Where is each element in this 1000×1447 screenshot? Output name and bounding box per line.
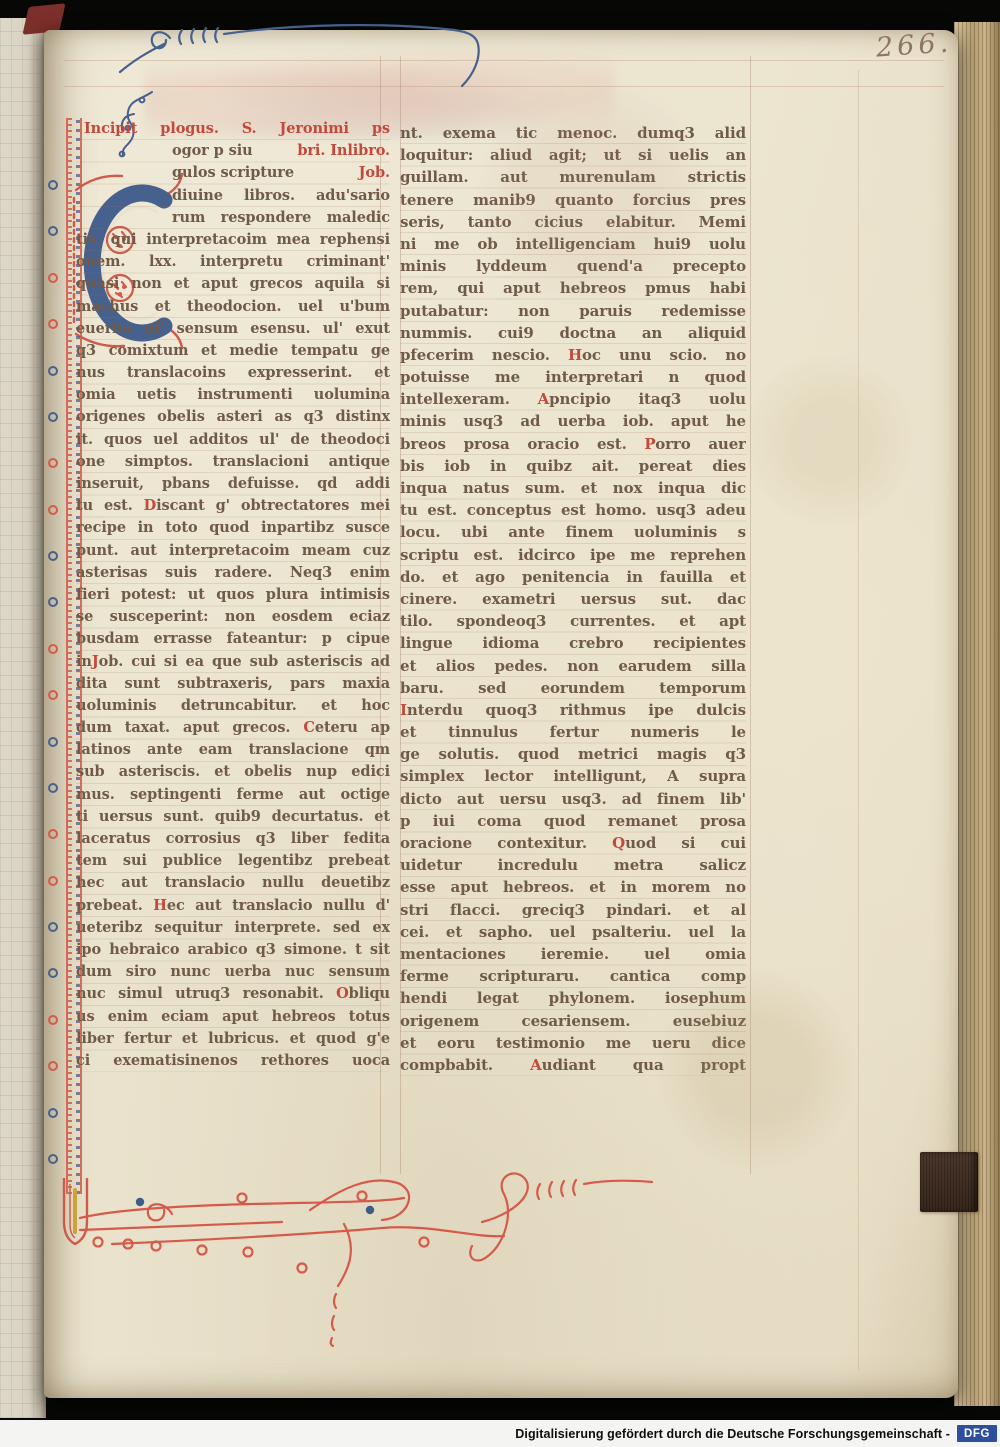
manuscript-text-line: mentaciones ieremie. uel omia [400,943,746,965]
manuscript-text-line: latinos ante eam translacione qm [76,739,390,761]
margin-dot [48,1015,58,1025]
manuscript-text-line: laceratus corrosius q3 liber fedita [76,828,390,850]
manuscript-text-line: one simptos. translacioni antique [76,451,390,473]
manuscript-text-line: recipe in toto quod inpartibz susce [76,517,390,539]
manuscript-text-line: origenem cesariensem. eusebiuz [400,1010,746,1032]
manuscript-text-line: potuisse me interpretari n quod [400,366,746,388]
manuscript-text-line: tis. qui interpretacoim mea rephensi [76,229,390,251]
manuscript-text-line: uoluminis detruncabitur. et hoc [76,695,390,717]
margin-dot [48,412,58,422]
manuscript-text-line: busdam errasse fateantur: p cipue [76,628,390,650]
manuscript-text-line: machus et theodocion. uel u'bum [76,296,390,318]
manuscript-text-line: dicto aut uersu usq3. ad finem lib' [400,788,746,810]
manuscript-text-line: ueteribz sequitur interprete. sed ex [76,917,390,939]
margin-dot [48,319,58,329]
margin-dot [48,1108,58,1118]
manuscript-text-line: do. et ago penitencia in fauilla et [400,566,746,588]
manuscript-text-line: inseruit, pbans defuisse. qd addi [76,473,390,495]
manuscript-text-line: nus translacoins expresserint. et [76,362,390,384]
manuscript-text-line: ni me ob intelligenciam hui9 uolu [400,233,746,255]
manuscript-text-line: inJob. cui si ea que sub asteriscis ad [76,651,390,673]
manuscript-text-line: p iui coma quod remanet prosa [400,810,746,832]
margin-dot [48,180,58,190]
manuscript-text-line: oracione contexitur. Quod si cui [400,832,746,854]
manuscript-text-line: fieri potest: ut quos plura intimisis [76,584,390,606]
margin-dot [48,551,58,561]
digitization-credit-bar: Digitalisierung gefördert durch die Deut… [0,1420,1000,1447]
margin-dot [48,226,58,236]
manuscript-text-line: simplex lector intelligunt, A supra [400,765,746,787]
margin-dot-decorations [47,180,59,1164]
dfg-logo: DFG [957,1425,997,1442]
manuscript-text-line: nt. exema tic menoc. dumq3 alid [400,122,746,144]
margin-dot [48,597,58,607]
manuscript-text-line: quasi non et aput grecos aquila si [76,273,390,295]
manuscript-text-line: locu. ubi ante finem uoluminis s [400,521,746,543]
manuscript-text-line: nuc simul utruq3 resonabit. Obliqu [76,983,390,1005]
manuscript-text-line: tu est. conceptus est homo. usq3 adeu [400,499,746,521]
manuscript-text-line: guillam. aut murenulam strictis [400,166,746,188]
manuscript-text-line: Incipit plogus. S. Jeronimi ps [76,118,390,140]
manuscript-text-line: prebeat. Hec aut translacio nullu d' [76,895,390,917]
manuscript-text-line: uidetur incredulu metra salicz [400,854,746,876]
manuscript-text-line: scriptu est. idcirco ipe me reprehen [400,544,746,566]
manuscript-text-line: bis iob in quibz ait. pereat dies [400,455,746,477]
margin-dot [48,273,58,283]
manuscript-text-line: gulos scriptureJob. [76,162,390,184]
manuscript-text-line: tem sui publice legentibz prebeat [76,850,390,872]
text-column-right: nt. exema tic menoc. dumq3 alidloquitur:… [400,122,746,1076]
margin-dot [48,366,58,376]
manuscript-photo: 266. [0,0,1000,1447]
margin-dot [48,829,58,839]
manuscript-text-line: Interdu quoq3 rithmus ipe dulcis [400,699,746,721]
bottom-penwork-flourish [52,1158,652,1348]
manuscript-text-line: inqua natus sum. et nox inqua dic [400,477,746,499]
manuscript-text-line: sub asteriscis. et obelis nup edici [76,761,390,783]
manuscript-text-line: et tinnulus fertur numeris le [400,721,746,743]
folio-number: 266. [875,27,953,63]
manuscript-text-line: us enim eciam aput hebreos totus [76,1006,390,1028]
manuscript-text-line: punt. aut interpretacoim meam cuz [76,540,390,562]
manuscript-text-line: hec aut translacio nullu deuetibz [76,872,390,894]
manuscript-text-line: se susceperint: non eosdem eciaz inqui [76,606,390,628]
manuscript-text-line: seris, tanto cicius elabitur. Memi [400,211,746,233]
parchment-fold-line [858,70,859,1370]
manuscript-text-line: ogor p siubri. Inlibro. [76,140,390,162]
manuscript-text-line: baru. sed eorundem temporum [400,677,746,699]
manuscript-text-line: diuine libros. adu'sario [76,185,390,207]
manuscript-text-line: hendi legat phylonem. iosephum [400,987,746,1009]
manuscript-text-line: et alios pedes. non earudem silla [400,655,746,677]
manuscript-text-line: dum taxat. aput grecos. Ceteru ap [76,717,390,739]
previous-page-edge [0,18,46,1418]
manuscript-page: 266. [44,30,958,1398]
manuscript-text-line: mus. septingenti ferme aut octige [76,784,390,806]
manuscript-text-line: dum siro nunc uerba nuc sensum [76,961,390,983]
manuscript-text-line: et eoru testimonio me ueru dice [400,1032,746,1054]
manuscript-text-line: ci exematisinenos rethores uoca [76,1050,390,1072]
manuscript-text-line: tilo. spondeoq3 currentes. et apt [400,610,746,632]
manuscript-text-line: ge solutis. quod metrici magis q3 [400,743,746,765]
manuscript-text-line: loquitur: aliud agit; ut si uelis an [400,144,746,166]
manuscript-text-line: cinere. exametri uersus sut. dac [400,588,746,610]
margin-dot [48,1061,58,1071]
manuscript-text-line: putabatur: non paruis redemisse [400,300,746,322]
manuscript-text-line: ipo hebraico arabico q3 simone. t sit [76,939,390,961]
manuscript-text-line: minis lyddeum quend'a precepto [400,255,746,277]
manuscript-text-line: stri flacci. greciq3 pindari. et al [400,899,746,921]
manuscript-text-line: asterisas suis radere. Neq3 enim [76,562,390,584]
text-column-left: Incipit plogus. S. Jeronimi psogor p siu… [76,118,390,1072]
manuscript-text-line: minis usq3 ad uerba iob. aput he [400,410,746,432]
manuscript-text-line: nummis. cui9 doctna an aliquid [400,322,746,344]
margin-dot [48,690,58,700]
margin-dot [48,644,58,654]
margin-dot [48,458,58,468]
manuscript-text-line: tu est. Discant g' obtrectatores mei [76,495,390,517]
margin-dot [48,922,58,932]
manuscript-text-line: cei. et sapho. uel psalteriu. uel la [400,921,746,943]
red-hatch-pattern [68,118,72,1194]
manuscript-text-line: euerbo ul' sensum esensu. ul' exut [76,318,390,340]
manuscript-text-line: ti uersus sunt. quib9 decurtatus. et [76,806,390,828]
margin-dot [48,505,58,515]
manuscript-text-line: onem. lxx. interpretu criminant' [76,251,390,273]
manuscript-text-line: tenere manib9 quanto forcius pres [400,189,746,211]
manuscript-text-line: ferme scripturaru. cantica comp [400,965,746,987]
ruling-line [750,56,751,1174]
manuscript-text-line: origenes obelis asteri as q3 distinx [76,406,390,428]
manuscript-text-line: omia uetis instrumenti uolumina [76,384,390,406]
manuscript-text-line: intellexeram. Apncipio itaq3 uolu [400,388,746,410]
manuscript-text-line: it. quos uel additos ul' de theodoci [76,429,390,451]
credit-text: Digitalisierung gefördert durch die Deut… [515,1427,950,1441]
manuscript-text-line: rem, qui aput hebreos pmus habi [400,277,746,299]
manuscript-text-line: dita sunt subtraxeris, pars maxia [76,673,390,695]
manuscript-text-line: esse aput hebreos. et in morem no [400,876,746,898]
manuscript-text-line: rum respondere maledic [76,207,390,229]
manuscript-text-line: compbabit. Audiant qua propt [400,1054,746,1076]
manuscript-text-line: breos prosa oracio est. Porro auer [400,433,746,455]
manuscript-text-line: liber fertur et lubricus. et quod g'e [76,1028,390,1050]
margin-dot [48,876,58,886]
manuscript-text-line: lingue idioma crebro recipientes [400,632,746,654]
margin-dot [48,783,58,793]
bookmark-tab [920,1152,978,1212]
margin-dot [48,968,58,978]
manuscript-text-line: q3 comixtum et medie tempatu ge [76,340,390,362]
manuscript-text-line: pfecerim nescio. Hoc unu scio. no [400,344,746,366]
margin-dot [48,737,58,747]
